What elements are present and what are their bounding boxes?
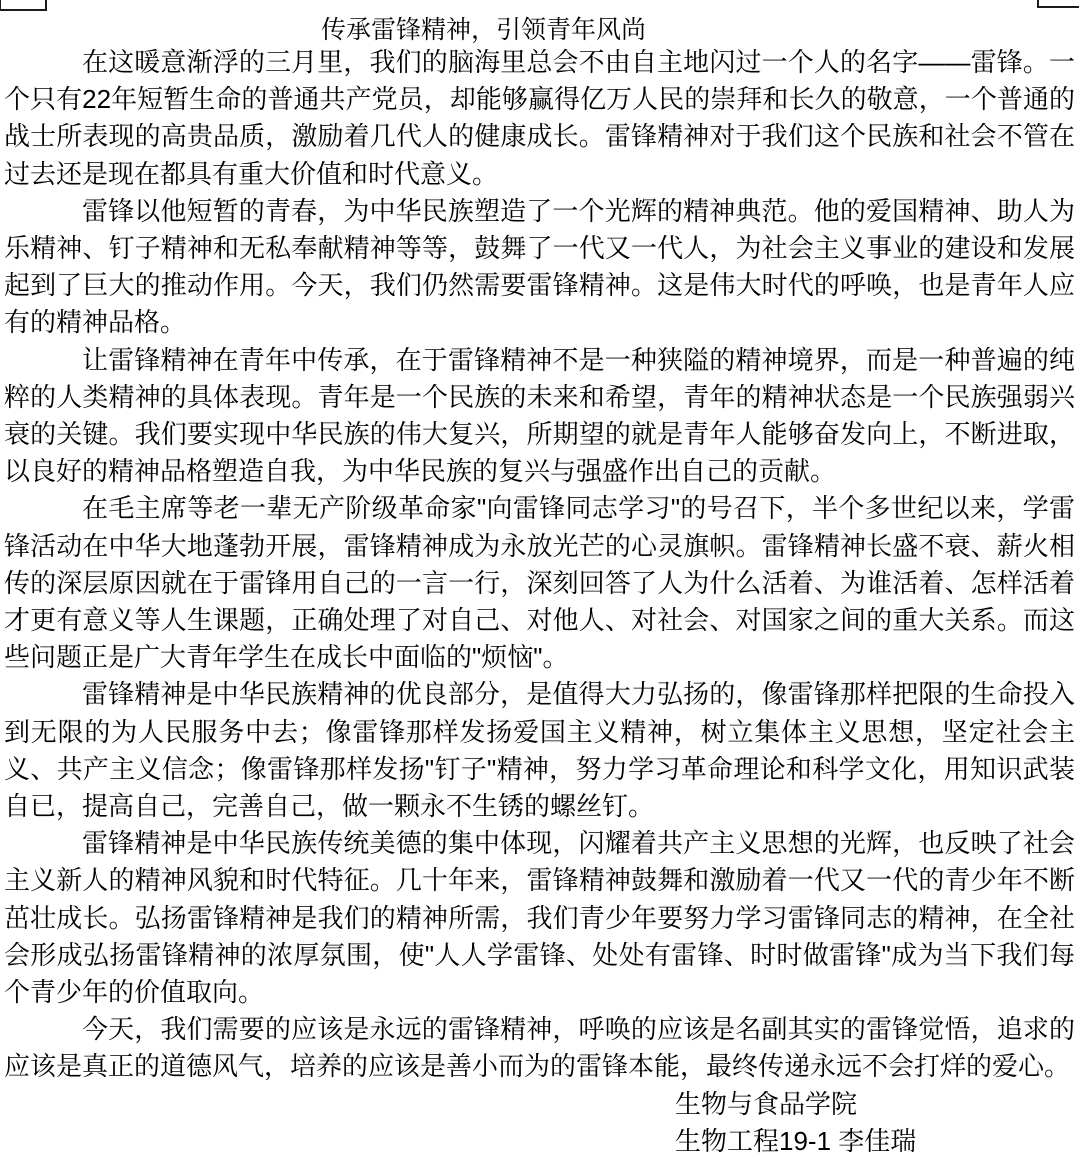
signature-block: 生物与食品学院 生物工程19-1 李佳瑞	[4, 1086, 1075, 1154]
paragraph-5: 雷锋精神是中华民族精神的优良部分，是值得大力弘扬的，像雷锋那样把限的生命投入到无…	[4, 676, 1075, 825]
document-body: 在这暖意渐浮的三月里，我们的脑海里总会不由自主地闪过一个人的名字——雷锋。一个只…	[4, 44, 1075, 1154]
cropped-box-top-right	[1037, 0, 1079, 8]
paragraph-7: 今天，我们需要的应该是永远的雷锋精神，呼唤的应该是名副其实的雷锋觉悟，追求的应该…	[4, 1011, 1075, 1085]
paragraph-3: 让雷锋精神在青年中传承，在于雷锋精神不是一种狭隘的精神境界，而是一种普遍的纯粹的…	[4, 342, 1075, 491]
document-page: 传承雷锋精神，引领青年风尚 在这暖意渐浮的三月里，我们的脑海里总会不由自主地闪过…	[0, 0, 1079, 1154]
paragraph-1: 在这暖意渐浮的三月里，我们的脑海里总会不由自主地闪过一个人的名字——雷锋。一个只…	[4, 44, 1075, 193]
document-title: 传承雷锋精神，引领青年风尚	[0, 10, 967, 46]
paragraph-4: 在毛主席等老一辈无产阶级革命家"向雷锋同志学习"的号召下，半个多世纪以来，学雷锋…	[4, 490, 1075, 676]
signature-author: 生物工程19-1 李佳瑞	[4, 1123, 1075, 1154]
paragraph-6: 雷锋精神是中华民族传统美德的集中体现，闪耀着共产主义思想的光辉，也反映了社会主义…	[4, 825, 1075, 1011]
paragraph-2: 雷锋以他短暂的青春，为中华民族塑造了一个光辉的精神典范。他的爱国精神、助人为乐精…	[4, 193, 1075, 342]
signature-college: 生物与食品学院	[4, 1086, 1075, 1123]
